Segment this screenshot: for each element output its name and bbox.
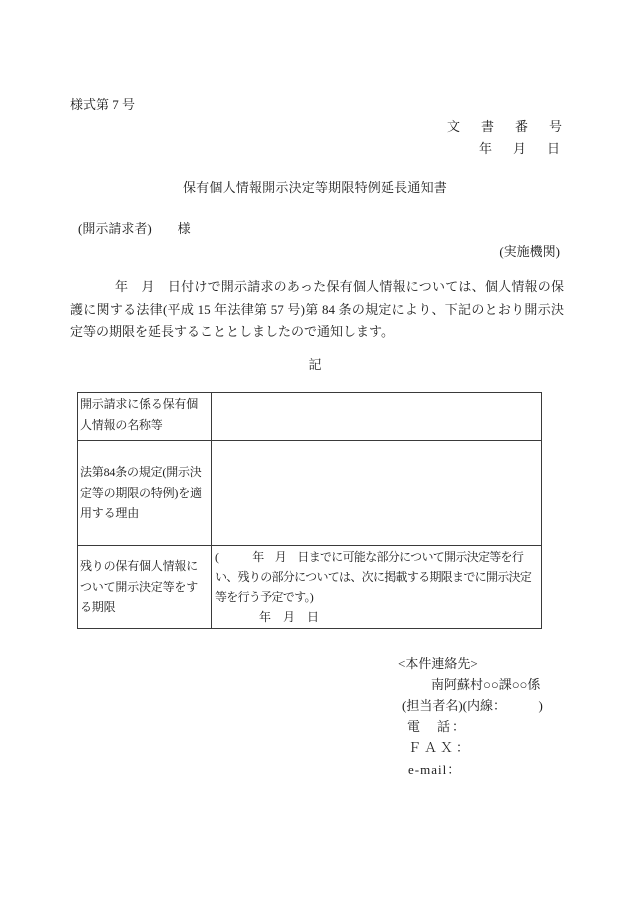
date-line: 年 月 日 xyxy=(479,138,564,157)
body-paragraph: 年 月 日付けで開示請求のあった保有個人情報については、個人情報の保護に関する法… xyxy=(70,276,564,344)
contact-person-line: (担当者名)(内線： ) xyxy=(402,695,543,714)
row-value-deadline: ( 年 月 日までに可能な部分について開示決定等を行い、残りの部分については、次… xyxy=(212,546,542,629)
table-row-information-name: 開示請求に係る保有個 人情報の名称等 xyxy=(78,393,542,441)
addressee-line: (開示請求者) 様 xyxy=(78,218,191,237)
form-number: 様式第 7 号 xyxy=(70,94,135,113)
row-value-reason xyxy=(212,441,542,546)
deadline-note: ( 年 月 日までに可能な部分について開示決定等を行い、残りの部分については、次… xyxy=(215,547,538,607)
deadline-date: 年 月 日 xyxy=(215,607,538,627)
contact-phone-label: 電 話： xyxy=(407,716,467,735)
row-label-reason: 法第84条の規定(開示決 定等の期限の特例)を適 用する理由 xyxy=(78,441,212,546)
contact-email-label: e-mail： xyxy=(408,759,461,778)
row-value-information-name xyxy=(212,393,542,441)
form-table: 開示請求に係る保有個 人情報の名称等 法第84条の規定(開示決 定等の期限の特例… xyxy=(77,392,542,629)
implementing-agency-label: (実施機関) xyxy=(499,241,560,260)
contact-fax-label: ＦＡＸ： xyxy=(408,737,472,756)
row-label-deadline: 残りの保有個人情報に ついて開示決定等をす る期限 xyxy=(78,546,212,629)
table-row-deadline: 残りの保有個人情報に ついて開示決定等をす る期限 ( 年 月 日までに可能な部… xyxy=(78,546,542,629)
ki-heading: 記 xyxy=(0,354,630,373)
table-row-reason: 法第84条の規定(開示決 定等の期限の特例)を適 用する理由 xyxy=(78,441,542,546)
row-label-information-name: 開示請求に係る保有個 人情報の名称等 xyxy=(78,393,212,441)
document-page: 様式第 7 号 文 書 番 号 年 月 日 保有個人情報開示決定等期限特例延長通… xyxy=(0,0,630,903)
contact-office: 南阿蘇村○○課○○係 xyxy=(431,674,540,693)
contact-header: <本件連絡先> xyxy=(398,653,478,672)
document-title: 保有個人情報開示決定等期限特例延長通知書 xyxy=(0,177,630,196)
document-number-label: 文 書 番 号 xyxy=(447,116,566,135)
